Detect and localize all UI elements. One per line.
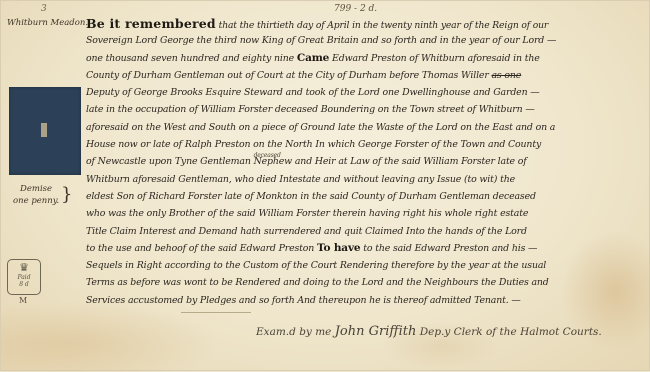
signature-rule [181,312,251,313]
signature-title: Dep.y Clerk of the Halmot Courts. [420,326,602,338]
body-line: Whitburn aforesaid Gentleman, who died I… [86,171,646,188]
line-text: Terms as before was wont to be Rendered … [86,277,549,288]
body-line: House now or late of Ralph Preston on th… [86,136,646,153]
body-line: Title Claim Interest and Demand hath sur… [86,223,646,240]
body-line: late in the occupation of William Forste… [86,101,646,118]
body-line: who was the only Brother of the said Wil… [86,205,646,222]
line-text: Title Claim Interest and Demand hath sur… [86,226,527,237]
folio-mark: 3 [41,4,47,14]
body-line: Deputy of George Brooks Esquire Steward … [86,84,646,101]
tax-stamp: ♛ Paid 8 d [7,259,41,295]
insertion-text: deceased [254,147,281,164]
crown-icon: ♛ [8,261,40,274]
body-line: Terms as before was wont to be Rendered … [86,274,646,291]
line-text: Edward Preston of Whitburn aforesaid in … [329,53,539,64]
bold-keyword: To have [317,242,360,254]
line-text: of Newcastle upon Tyne Gentleman [86,156,254,167]
body-line: aforesaid on the West and South on a pie… [86,119,646,136]
margin-note-line: Demise [13,183,59,195]
blue-seal-patch [9,87,81,175]
line-text: Nephew and Heir at Law of the said Willi… [254,156,527,167]
signature-prefix: Exam.d by me [256,326,331,338]
line-text: eldest Son of Richard Forster late of Mo… [86,191,536,202]
body-line: Sequels in Right according to the Custom… [86,257,646,274]
brace-mark: } [61,183,72,207]
manuscript-page: 3 799 - 2 d. Whitburn Meadon. Demise one… [0,0,650,371]
bold-keyword: Came [297,52,329,64]
stamp-text: 8 d [8,281,40,288]
line-text: that the thirtieth day of April in the t… [216,20,548,31]
margin-note-line: one penny. [13,195,59,207]
margin-note: Demise one penny. [13,183,59,207]
line-text: who was the only Brother of the said Wil… [86,208,528,219]
struck-text: as one [491,70,521,81]
body-line: one thousand seven hundred and eighty ni… [86,50,646,67]
stamp-text: Paid [8,274,40,281]
body-line: Services accustomed by Pledges and so fo… [86,292,646,309]
line-text: Sovereign Lord George the third now King… [86,35,556,46]
body-line: eldest Son of Richard Forster late of Mo… [86,188,646,205]
line-text: to the said Edward Preston and his — [360,243,537,254]
body-line: to the use and behoof of the said Edward… [86,240,646,257]
line-text: aforesaid on the West and South on a pie… [86,122,555,133]
line-text: Services accustomed by Pledges and so fo… [86,295,521,306]
signature-name: John Griffith [335,324,417,339]
body-line: Sovereign Lord George the third now King… [86,32,646,49]
body-line: County of Durham Gentleman out of Court … [86,67,646,84]
line-text: Deputy of George Brooks Esquire Steward … [86,87,540,98]
line-text: House now or late of Ralph Preston on th… [86,139,541,150]
reference-number: 799 - 2 d. [334,4,377,14]
stamp-letter: M [19,296,27,305]
opening-heading: Be it remembered [86,16,216,31]
line-text: to the use and behoof of the said Edward… [86,243,317,254]
line-text: Sequels in Right according to the Custom… [86,260,546,271]
body-text: Be it remembered that the thirtieth day … [86,15,646,309]
line-text: Whitburn aforesaid Gentleman, who died I… [86,174,515,185]
body-line: of Newcastle upon Tyne Gentleman decease… [86,153,646,170]
body-line: Be it remembered that the thirtieth day … [86,15,646,32]
line-text: late in the occupation of William Forste… [86,104,535,115]
signature-block: Exam.d by me John Griffith Dep.y Clerk o… [256,324,602,339]
line-text: one thousand seven hundred and eighty ni… [86,53,297,64]
margin-place-name: Whitburn Meadon. [7,18,88,28]
line-text: County of Durham Gentleman out of Court … [86,70,491,81]
seal-slit [41,123,47,137]
